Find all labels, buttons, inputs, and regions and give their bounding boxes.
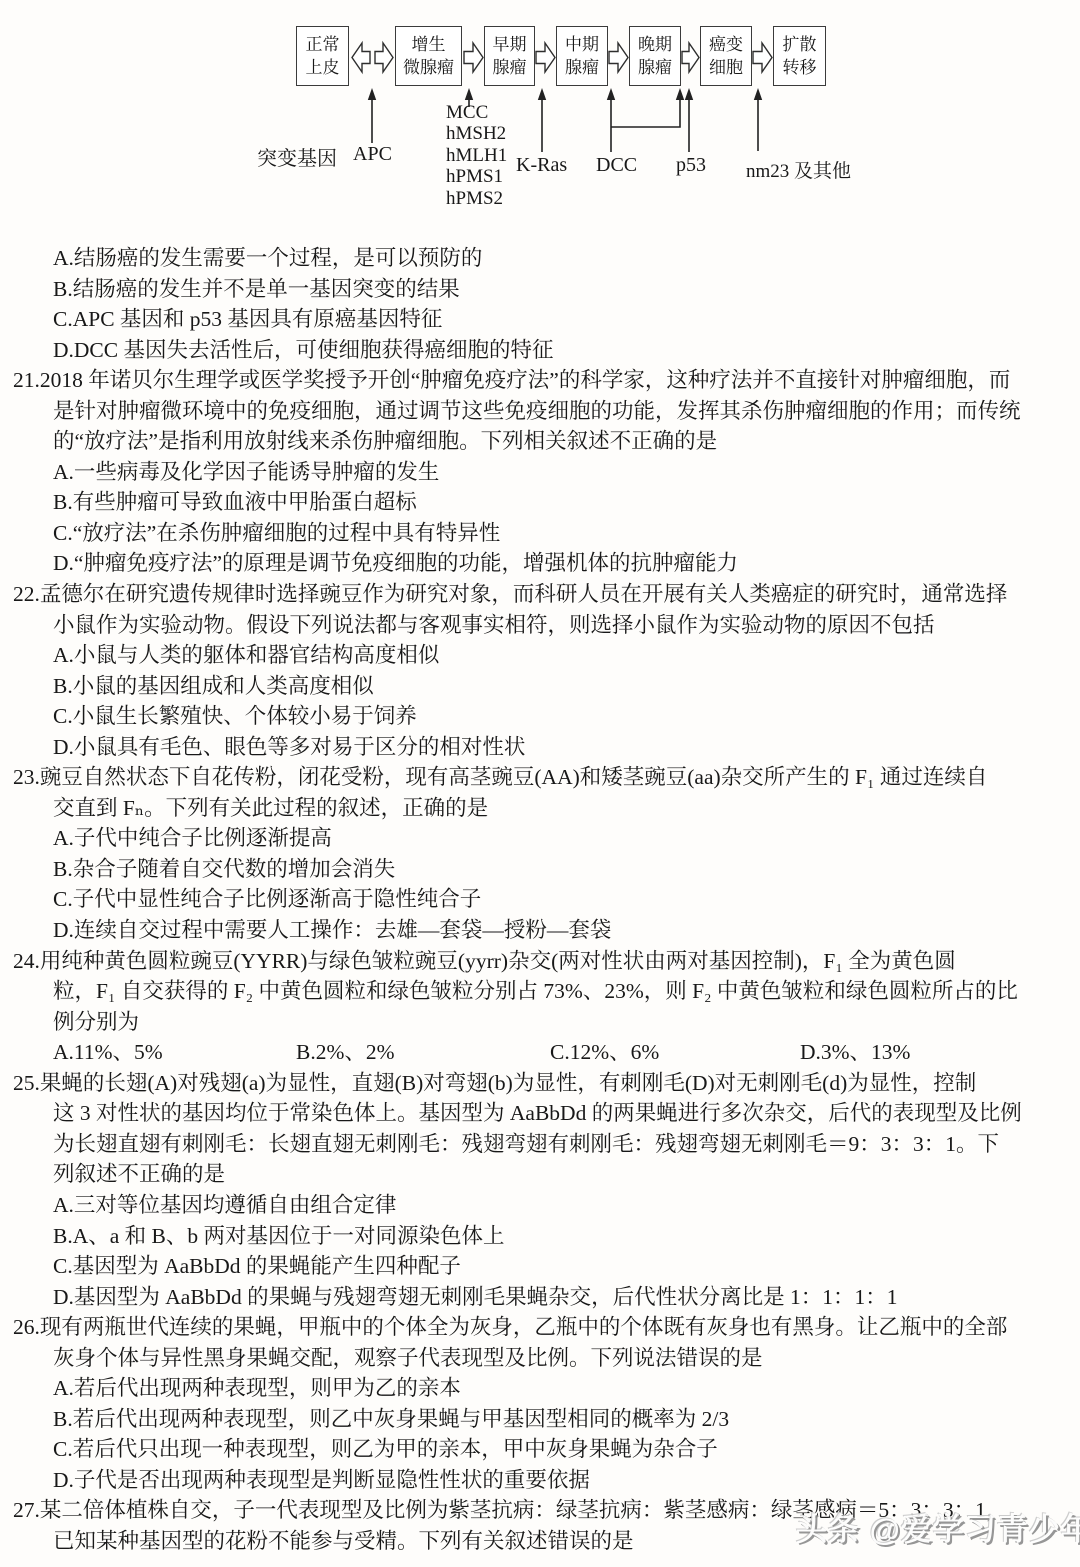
flow-box-cancer-cell: 癌变 细胞 — [700, 26, 752, 86]
q23-option-a: A.子代中纯合子比例逐渐提高 — [0, 823, 1080, 854]
q22-option-b: B.小鼠的基因组成和人类高度相似 — [0, 671, 1080, 702]
block-arrow-left-icon — [352, 43, 370, 72]
q24-option-b: B.2%、2% — [296, 1037, 550, 1068]
q24-option-c: C.12%、6% — [550, 1037, 800, 1068]
q26-option-d: D.子代是否出现两种表现型是判断显隐性性状的重要依据 — [0, 1465, 1080, 1496]
block-arrow-right-icon — [536, 43, 555, 72]
q21-option-a: A.一些病毒及化学因子能诱导肿瘤的发生 — [0, 457, 1080, 488]
q25-stem-line: 这 3 对性状的基因均位于常染色体上。基因型为 AaBbDd 的两果蝇进行多次杂… — [0, 1098, 1080, 1129]
gene-label-p53: p53 — [676, 154, 706, 177]
q21-stem-line: 是针对肿瘤微环境中的免疫细胞，通过调节这些免疫细胞的功能，发挥其杀伤肿瘤细胞的作… — [0, 396, 1080, 427]
q25-stem-line: 为长翅直翅有刺刚毛：长翅直翅无刺刚毛：残翅弯翅有刺刚毛：残翅弯翅无刺刚毛＝9：3… — [0, 1129, 1080, 1160]
q22-option-a: A.小鼠与人类的躯体和器官结构高度相似 — [0, 640, 1080, 671]
flow-box-hyperplastic-microadenoma: 增生 微腺瘤 — [395, 26, 462, 86]
block-arrow-right-icon — [753, 43, 772, 72]
flow-box-text: 腺瘤 — [638, 56, 672, 79]
flow-box-text: 细胞 — [709, 56, 743, 79]
gene-label-kras: K-Ras — [516, 154, 567, 177]
q25-stem-line: 列叙述不正确的是 — [0, 1159, 1080, 1190]
q22-stem-line: 小鼠作为实验动物。假设下列说法都与客观事实相符，则选择小鼠作为实验动物的原因不包… — [0, 610, 1080, 641]
flow-box-text: 增生 — [412, 33, 446, 56]
question-text-block: A.结肠癌的发生需要一个过程，是可以预防的 B.结肠癌的发生并不是单一基因突变的… — [0, 243, 1080, 1557]
flow-box-metastasis: 扩散 转移 — [773, 26, 826, 86]
q24-stem-line: 粒，F₁ 自交获得的 F₂ 中黄色圆粒和绿色皱粒分别占 73%、23%，则 F₂… — [0, 976, 1080, 1007]
mutation-gene-label: 突变基因 — [257, 142, 337, 171]
q24-stem-line: 例分别为 — [0, 1007, 1080, 1038]
q21-option-b: B.有些肿瘤可导致血液中甲胎蛋白超标 — [0, 487, 1080, 518]
flow-box-text: 腺瘤 — [493, 56, 527, 79]
q20-option-b: B.结肠癌的发生并不是单一基因突变的结果 — [0, 274, 1080, 305]
q20-option-a: A.结肠癌的发生需要一个过程，是可以预防的 — [0, 243, 1080, 274]
q21-stem-line: 21.2018 年诺贝尔生理学或医学奖授予开创“肿瘤免疫疗法”的科学家，这种疗法… — [0, 365, 1080, 396]
nm23-arrowhead-icon — [754, 88, 762, 100]
q26-option-a: A.若后代出现两种表现型，则甲为乙的亲本 — [0, 1373, 1080, 1404]
gene-label-dcc: DCC — [596, 154, 637, 177]
cancer-progression-flowchart: 正常 上皮 增生 微腺瘤 早期 腺瘤 中期 腺瘤 晚期 腺瘤 癌变 细胞 扩散 … — [0, 0, 1080, 240]
q26-option-c: C.若后代只出现一种表现型，则乙为甲的亲本，甲中灰身果蝇为杂合子 — [0, 1434, 1080, 1465]
q21-option-c: C.“放疗法”在杀伤肿瘤细胞的过程中具有特异性 — [0, 518, 1080, 549]
q24-option-d: D.3%、13% — [800, 1037, 1080, 1068]
flow-box-text: 癌变 — [709, 33, 743, 56]
q23-option-c: C.子代中显性纯合子比例逐渐高于隐性纯合子 — [0, 884, 1080, 915]
flowchart-arrows — [0, 0, 1080, 240]
apc-arrowhead-icon — [368, 88, 376, 100]
q23-stem-line: 23.豌豆自然状态下自花传粉，闭花受粉，现有高茎豌豆(AA)和矮茎豌豆(aa)杂… — [0, 762, 1080, 793]
flow-box-text: 中期 — [565, 33, 599, 56]
watermark: 头条 @爱学习青少年 — [796, 1504, 1080, 1549]
q25-option-c: C.基因型为 AaBbDd 的果蝇能产生四种配子 — [0, 1251, 1080, 1282]
dcc-branch-line — [611, 96, 680, 127]
flow-box-text: 扩散 — [783, 33, 817, 56]
flow-box-late-adenoma: 晚期 腺瘤 — [629, 26, 681, 86]
q22-stem-line: 22.孟德尔在研究遗传规律时选择豌豆作为研究对象，而科研人员在开展有关人类癌症的… — [0, 579, 1080, 610]
block-arrow-right-icon — [375, 43, 393, 72]
q23-option-b: B.杂合子随着自交代数的增加会消失 — [0, 854, 1080, 885]
q22-option-d: D.小鼠具有毛色、眼色等多对易于区分的相对性状 — [0, 732, 1080, 763]
block-arrow-right-icon — [609, 43, 628, 72]
q21-stem-line: 的“放疗法”是指利用放射线来杀伤肿瘤细胞。下列相关叙述不正确的是 — [0, 426, 1080, 457]
q26-stem-line: 灰身个体与异性黑身果蝇交配，观察子代表现型及比例。下列说法错误的是 — [0, 1343, 1080, 1374]
mcc-arrowhead-icon — [465, 88, 473, 100]
gene-label-hpms1: hPMS1 — [446, 166, 507, 187]
flow-box-normal-epithelium: 正常 上皮 — [296, 26, 349, 86]
flow-box-text: 正常 — [306, 33, 340, 56]
flow-box-text: 转移 — [783, 56, 817, 79]
q20-option-c: C.APC 基因和 p53 基因具有原癌基因特征 — [0, 304, 1080, 335]
flow-box-text: 上皮 — [306, 56, 340, 79]
q21-option-d: D.“肿瘤免疫疗法”的原理是调节免疫细胞的功能，增强机体的抗肿瘤能力 — [0, 548, 1080, 579]
flow-box-early-adenoma: 早期 腺瘤 — [484, 26, 535, 86]
gene-label-hmlh1: hMLH1 — [446, 145, 507, 166]
q20-option-d: D.DCC 基因失去活性后，可使细胞获得癌细胞的特征 — [0, 335, 1080, 366]
dcc-arrowhead-icon — [607, 88, 615, 100]
gene-label-mmr-list: MCC hMSH2 hMLH1 hPMS1 hPMS2 — [446, 102, 507, 209]
q25-option-a: A.三对等位基因均遵循自由组合定律 — [0, 1190, 1080, 1221]
q25-stem-line: 25.果蝇的长翅(A)对残翅(a)为显性，直翅(B)对弯翅(b)为显性，有刺刚毛… — [0, 1068, 1080, 1099]
flow-box-text: 早期 — [493, 33, 527, 56]
flow-box-text: 微腺瘤 — [403, 56, 454, 79]
q26-stem-line: 26.现有两瓶世代连续的果蝇，甲瓶中的个体全为灰身，乙瓶中的个体既有灰身也有黑身… — [0, 1312, 1080, 1343]
flow-box-mid-adenoma: 中期 腺瘤 — [556, 26, 608, 86]
gene-label-hmsh2: hMSH2 — [446, 123, 507, 144]
block-arrow-right-icon — [464, 43, 483, 72]
flow-box-text: 晚期 — [638, 33, 672, 56]
gene-label-apc: APC — [353, 143, 392, 166]
gene-label-mcc: MCC — [446, 102, 507, 123]
q26-option-b: B.若后代出现两种表现型，则乙中灰身果蝇与甲基因型相同的概率为 2/3 — [0, 1404, 1080, 1435]
kras-arrowhead-icon — [538, 88, 546, 100]
block-arrow-right-icon — [682, 43, 699, 72]
p53-arrowhead-icon — [685, 88, 693, 100]
q25-option-b: B.A、a 和 B、b 两对基因位于一对同源染色体上 — [0, 1221, 1080, 1252]
q24-options-row: A.11%、5% B.2%、2% C.12%、6% D.3%、13% — [0, 1037, 1080, 1068]
q23-option-d: D.连续自交过程中需要人工操作：去雄—套袋—授粉—套袋 — [0, 915, 1080, 946]
q24-stem-line: 24.用纯种黄色圆粒豌豆(YYRR)与绿色皱粒豌豆(yyrr)杂交(两对性状由两… — [0, 946, 1080, 977]
exam-page: 正常 上皮 增生 微腺瘤 早期 腺瘤 中期 腺瘤 晚期 腺瘤 癌变 细胞 扩散 … — [0, 0, 1080, 1567]
q22-option-c: C.小鼠生长繁殖快、个体较小易于饲养 — [0, 701, 1080, 732]
dcc-branch-arrowhead-icon — [676, 88, 684, 100]
q23-stem-line: 交直到 Fₙ。下列有关此过程的叙述，正确的是 — [0, 793, 1080, 824]
gene-label-nm23: nm23 及其他 — [746, 156, 851, 183]
q24-option-a: A.11%、5% — [53, 1037, 296, 1068]
gene-label-hpms2: hPMS2 — [446, 188, 507, 209]
flow-box-text: 腺瘤 — [565, 56, 599, 79]
q25-option-d: D.基因型为 AaBbDd 的果蝇与残翅弯翅无刺刚毛果蝇杂交，后代性状分离比是 … — [0, 1282, 1080, 1313]
